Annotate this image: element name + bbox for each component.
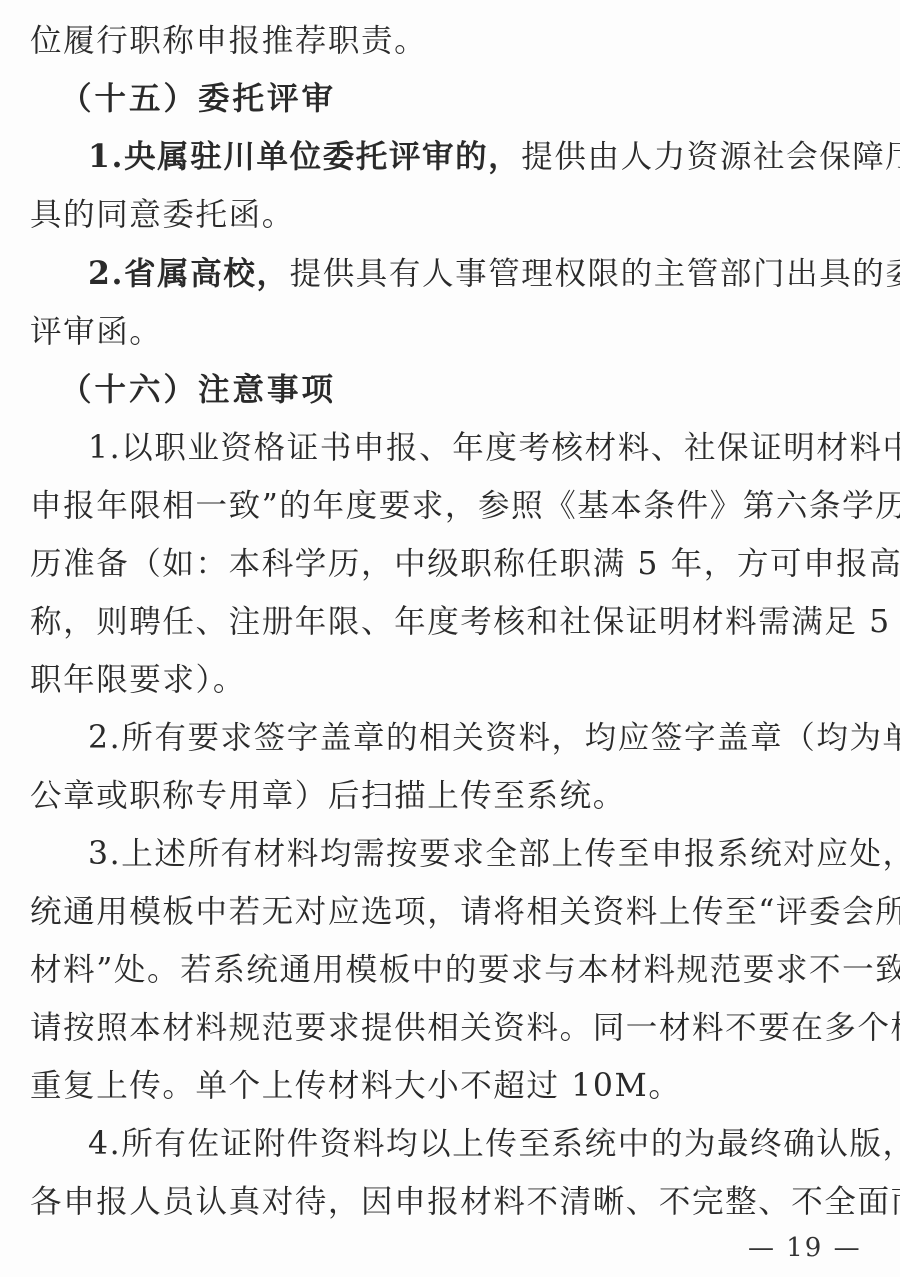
section-heading-15: （十五）委托评审 bbox=[60, 79, 900, 119]
paragraph-line: 申报年限相一致”的年度要求，参照《基本条件》第六条学历资 bbox=[30, 486, 880, 526]
paragraph-line: 公章或职称专用章）后扫描上传至系统。 bbox=[30, 776, 880, 816]
paragraph-line: 1.央属驻川单位委托评审的，提供由人力资源社会保障厅出 bbox=[88, 137, 880, 177]
paragraph-line: 4.所有佐证附件资料均以上传至系统中的为最终确认版，请 bbox=[88, 1124, 880, 1164]
paragraph-line: 重复上传。单个上传材料大小不超过 10M。 bbox=[30, 1066, 880, 1106]
paragraph-line: 3.上述所有材料均需按要求全部上传至申报系统对应处，系 bbox=[88, 834, 880, 874]
paragraph-line: 请按照本材料规范要求提供相关资料。同一材料不要在多个栏目 bbox=[30, 1008, 880, 1048]
paragraph-line: 统通用模板中若无对应选项，请将相关资料上传至“评委会所需 bbox=[30, 892, 880, 932]
paragraph-line: 具的同意委托函。 bbox=[30, 195, 880, 235]
section-heading-16: （十六）注意事项 bbox=[60, 370, 900, 410]
item-label: 2.省属高校， bbox=[88, 255, 290, 292]
document-page: 位履行职称申报推荐职责。 （十五）委托评审 1.央属驻川单位委托评审的，提供由人… bbox=[0, 0, 900, 1277]
item-text: 提供由人力资源社会保障厅出 bbox=[521, 139, 900, 175]
paragraph-line: 职年限要求）。 bbox=[30, 660, 880, 700]
paragraph-line: 位履行职称申报推荐职责。 bbox=[30, 21, 880, 61]
paragraph-line: 2.所有要求签字盖章的相关资料，均应签字盖章（均为单位 bbox=[88, 718, 880, 758]
paragraph-line: 材料”处。若系统通用模板中的要求与本材料规范要求不一致， bbox=[30, 950, 880, 990]
paragraph-line: 称，则聘任、注册年限、年度考核和社保证明材料需满足 5 年任 bbox=[30, 602, 880, 642]
paragraph-line: 评审函。 bbox=[30, 312, 880, 352]
item-label: 1.央属驻川单位委托评审的， bbox=[88, 138, 521, 175]
paragraph-line: 历准备（如：本科学历，中级职称任职满 5 年，方可申报高级职 bbox=[30, 544, 880, 584]
paragraph-line: 2.省属高校，提供具有人事管理权限的主管部门出具的委托 bbox=[88, 254, 880, 294]
item-text: 提供具有人事管理权限的主管部门出具的委托 bbox=[290, 256, 900, 292]
page-number: — 19 — bbox=[748, 1232, 862, 1264]
paragraph-line: 各申报人员认真对待，因申报材料不清晰、不完整、不全面而影 bbox=[30, 1182, 880, 1222]
paragraph-line: 1.以职业资格证书申报、年度考核材料、社保证明材料中“与 bbox=[88, 428, 880, 468]
